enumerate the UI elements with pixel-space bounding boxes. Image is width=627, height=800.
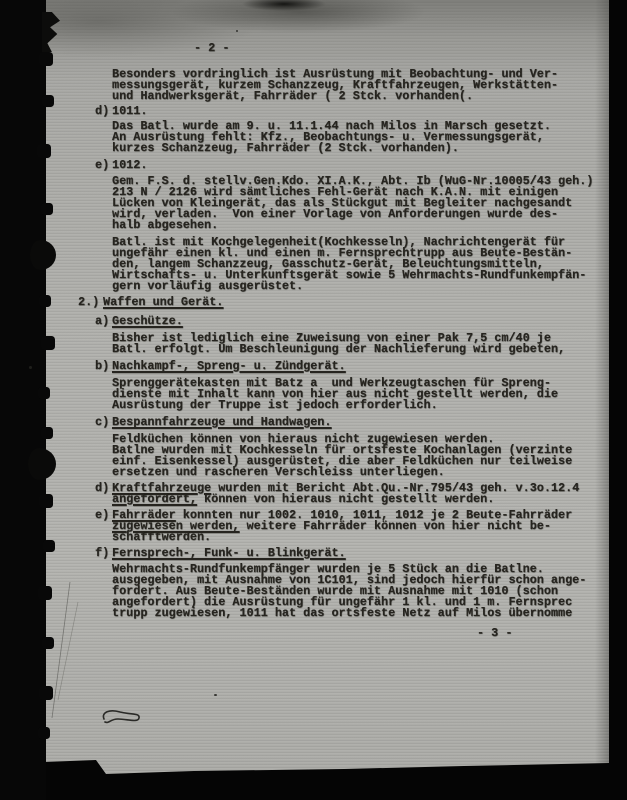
scratch-marks <box>44 580 84 725</box>
item-e-fahrraeder: e)Fahrräder konnten nur 1002. 1010, 1011… <box>95 510 572 543</box>
item-heading: Nachkampf-, Spreng- u. Zündgerät. <box>112 359 346 373</box>
scan-left-edge <box>0 0 46 800</box>
item-f-heading: f)Fernsprech-, Funk- u. Blinkgerät. <box>95 548 346 559</box>
item-keyword: angefordert, <box>112 492 197 506</box>
section-title: Waffen und Gerät. <box>103 295 223 309</box>
page-number-bottom: - 3 - <box>477 628 512 639</box>
text-line: weitere Fahrräder können von hier nicht … <box>239 519 551 533</box>
item-a-paragraph: Bisher ist lediglich eine Zuweisung von … <box>112 333 565 355</box>
text-line: schafftwerden. <box>112 530 211 544</box>
item-marker: d) <box>95 106 112 117</box>
intro-paragraph: Besonders vordringlich ist Ausrüstung mi… <box>112 69 558 102</box>
text-line: ersetzen und rascheren Verschleiss unter… <box>112 467 572 478</box>
text-line: trupp zugewiesen, 1011 hat das ortsfeste… <box>112 608 586 619</box>
ink-speck <box>29 366 32 369</box>
text-line: Ausrüstung der Truppe ist jedoch erforde… <box>112 400 558 411</box>
item-marker: b) <box>95 361 112 372</box>
scanned-document: - 2 - Besonders vordringlich ist Ausrüst… <box>0 0 627 800</box>
item-a-heading: a)Geschütze. <box>95 316 183 327</box>
item-d-kraftfahrzeuge: d)Kraftfahrzeuge wurden mit Bericht Abt.… <box>95 483 579 505</box>
item-marker: f) <box>95 548 112 559</box>
hair-squiggle-mark <box>100 704 146 734</box>
item-marker: c) <box>95 417 112 428</box>
text-line: können von hieraus nicht gestellt werden… <box>197 492 494 506</box>
section-marker: 2.) <box>78 297 103 308</box>
item-marker: a) <box>95 316 112 327</box>
text-line: gern vorläufig ausgerüstet. <box>112 281 586 292</box>
ink-speck <box>214 694 217 696</box>
item-marker: e) <box>95 160 112 171</box>
paper-edge-bumps <box>0 0 2 2</box>
item-marker: e) <box>95 510 112 521</box>
item-heading: 1011. <box>112 104 147 118</box>
item-d-1011-heading: d)1011. <box>95 106 147 117</box>
item-b-heading: b)Nachkampf-, Spreng- u. Zündgerät. <box>95 361 346 372</box>
item-heading: Bespannfahrzeuge und Handwagen. <box>112 415 331 429</box>
item-c-heading: c)Bespannfahrzeuge und Handwagen. <box>95 417 331 428</box>
item-f-paragraph: Wehrmachts-Rundfunkempfänger wurden je 5… <box>112 564 586 619</box>
item-heading: Geschütze. <box>112 314 183 328</box>
item-e-1012-paragraph-2: Batl. ist mit Kochgelegenheit(Kochkessel… <box>112 237 586 292</box>
text-line: und Handwerksgerät, Fahrräder ( 2 Stck. … <box>112 91 558 102</box>
text-line: Batl. erfolgt. Um Beschleunigung der Nac… <box>112 344 565 355</box>
item-marker: d) <box>95 483 112 494</box>
item-d-1011-paragraph: Das Batl. wurde am 9. u. 11.1.44 nach Mi… <box>112 121 551 154</box>
text-line: kurzes Schanzzeug, Fahrräder (2 Stck. vo… <box>112 143 551 154</box>
ink-speck <box>236 30 238 32</box>
item-heading: Fernsprech-, Funk- u. Blinkgerät. <box>112 546 346 560</box>
item-c-paragraph: Feldküchen können von hieraus nicht zuge… <box>112 434 572 478</box>
item-b-paragraph: Sprenggerätekasten mit Batz a und Werkze… <box>112 378 558 411</box>
item-heading: 1012. <box>112 158 147 172</box>
item-e-1012-heading: e)1012. <box>95 160 147 171</box>
item-e-1012-paragraph-1: Gem. F.S. d. stellv.Gen.Kdo. XI.A.K., Ab… <box>112 176 593 231</box>
page-number-top: - 2 - <box>194 43 229 54</box>
text-line: halb abgesehen. <box>112 220 593 231</box>
section-2-heading: 2.)Waffen und Gerät. <box>78 297 223 308</box>
